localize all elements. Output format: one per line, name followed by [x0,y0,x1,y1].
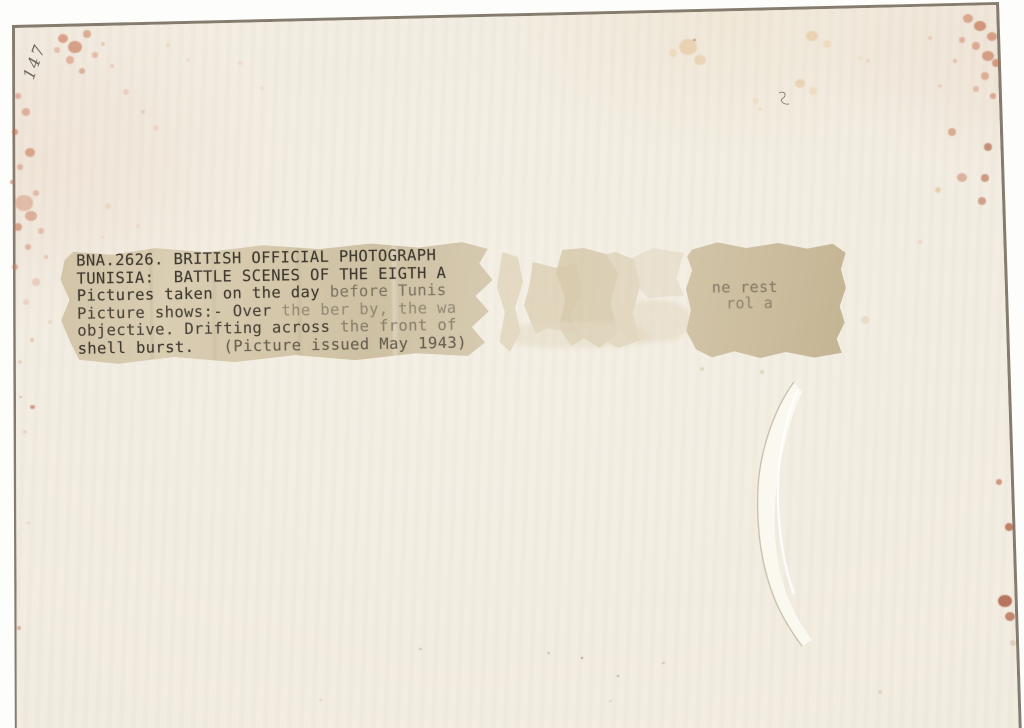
foxing-stain [878,690,882,694]
foxing-stain [928,36,932,40]
foxing-stain [54,47,60,52]
foxing-stain [25,148,35,157]
foxing-stain [12,264,18,269]
foxing-stain [260,86,264,90]
foxing-stain [1010,640,1016,645]
foxing-stain [918,240,922,244]
foxing-stain [972,42,980,49]
foxing-stain [992,59,1000,66]
foxing-stain [858,56,862,60]
foxing-stain [166,43,170,47]
foxing-stain [66,56,74,63]
foxing-stain [935,187,941,192]
foxing-stain [83,30,91,37]
foxing-stain [48,320,52,324]
foxing-stain [153,125,159,130]
foxing-stain [319,699,322,702]
foxing-stain [669,49,677,56]
foxing-stain [866,59,870,63]
foxing-stain [809,87,817,94]
foxing-stain [823,40,831,47]
foxing-stain [981,174,989,181]
foxing-stain [14,223,22,230]
foxing-stain [963,14,973,23]
foxing-stain [136,224,140,228]
foxing-stain [861,316,869,323]
foxing-stain [1005,612,1015,621]
foxing-stain [18,360,22,364]
foxing-stain [795,79,805,88]
foxing-stain [33,190,39,195]
foxing-stain [957,173,967,182]
foxing-stain [25,244,31,249]
foxing-stain [186,58,190,62]
foxing-stain [58,34,68,43]
foxing-stain [973,86,979,91]
foxing-stain [141,110,145,114]
photo-verso-scan: 147 BNA.2626. BRITISH OFFICIAL PHOTOGRAP… [0,0,1024,728]
foxing-stain [79,68,85,73]
caption-typed-text: BNA.2626. BRITISH OFFICIAL PHOTOGRAPHTUN… [76,247,467,358]
foxing-stain [609,700,612,703]
foxing-stain [32,278,40,285]
foxing-stain [238,61,242,65]
foxing-stain [105,203,111,208]
abrasion-mark [742,372,832,652]
foxing-stain [693,39,696,42]
remnant-typed-line: rol a [726,294,773,312]
foxing-stain [948,128,956,135]
foxing-stain [19,396,22,399]
foxing-stain [753,98,759,103]
foxing-stain [1005,523,1013,530]
foxing-stain [938,84,942,88]
label-remnant-with-text: ne restrol a [685,241,846,358]
foxing-stain [981,72,989,79]
photo-paper [0,0,1024,728]
foxing-stain [419,648,422,651]
foxing-stain [27,522,30,525]
foxing-stain [996,479,1002,484]
foxing-stain [984,143,992,150]
foxing-stain [30,405,35,410]
foxing-stain [15,195,33,211]
foxing-stain [959,37,965,42]
foxing-stain [30,338,34,342]
foxing-stain [23,430,27,434]
foxing-stain [978,197,986,204]
foxing-stain [22,108,30,115]
foxing-stain [662,662,665,665]
foxing-stain [101,42,105,46]
foxing-stain [17,626,21,630]
foxing-stain [17,164,23,169]
foxing-stain [10,180,14,184]
ink-squiggle [776,90,792,108]
foxing-stain [44,255,48,259]
foxing-stain [758,107,762,111]
foxing-stain [110,64,114,68]
foxing-stain [38,228,44,233]
foxing-stain [23,299,29,304]
foxing-stain [101,235,105,239]
foxing-stain [547,652,550,655]
glue-residue-smear [620,300,690,342]
foxing-stain [15,93,21,98]
foxing-stain [12,129,18,134]
foxing-stain [990,93,996,98]
foxing-stain [123,89,129,94]
foxing-stain [679,39,697,55]
caption-label: BNA.2626. BRITISH OFFICIAL PHOTOGRAPHTUN… [60,239,494,366]
foxing-stain [987,32,997,41]
foxing-stain [953,59,957,63]
foxing-stain [92,52,98,57]
foxing-stain [700,367,704,371]
